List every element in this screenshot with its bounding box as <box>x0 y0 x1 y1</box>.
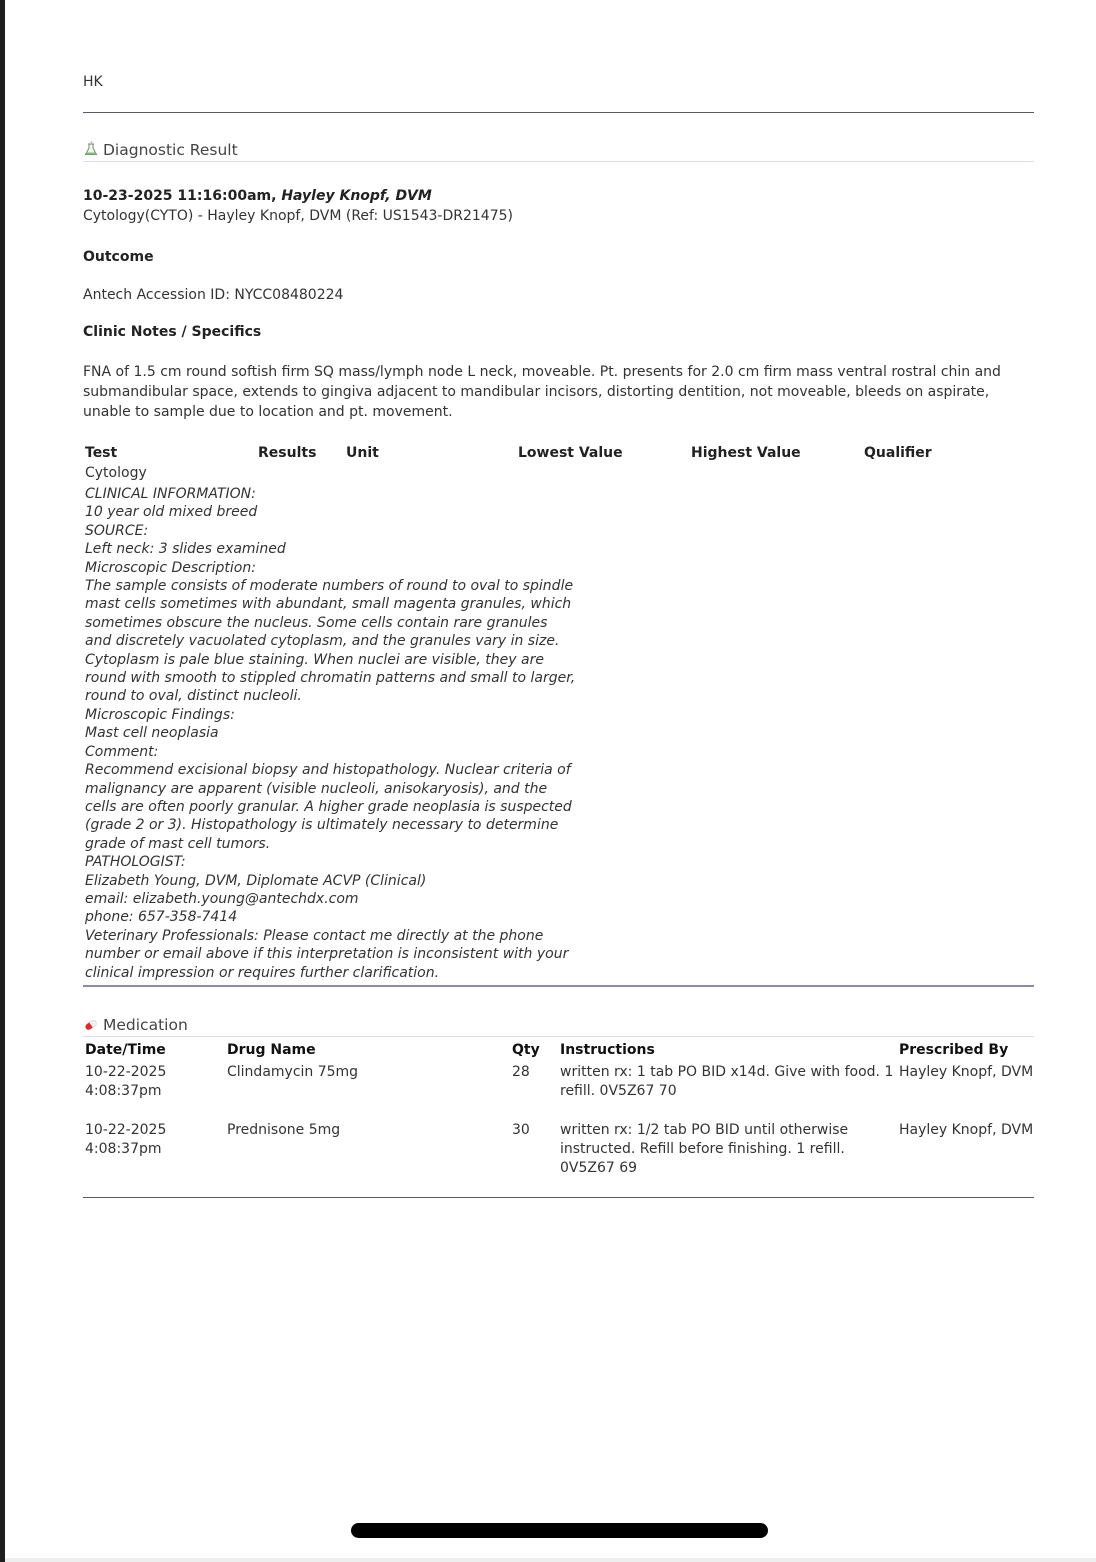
report-line: CLINICAL INFORMATION: <box>85 485 577 503</box>
screen-left-edge <box>0 0 5 1562</box>
col-drug-name: Drug Name <box>227 1042 316 1058</box>
report-line: Left neck: 3 slides examined <box>85 540 577 558</box>
clinic-notes-text: FNA of 1.5 cm round softish firm SQ mass… <box>83 362 1034 422</box>
med-datetime: 10-22-2025 4:08:37pm <box>85 1121 205 1159</box>
report-line: Veterinary Professionals: Please contact… <box>85 927 577 982</box>
diagnostic-subtitle: Cytology(CYTO) - Hayley Knopf, DVM (Ref:… <box>83 208 513 224</box>
med-instructions: written rx: 1 tab PO BID x14d. Give with… <box>560 1063 895 1101</box>
med-instructions: written rx: 1/2 tab PO BID until otherwi… <box>560 1121 895 1178</box>
col-instructions: Instructions <box>560 1042 655 1058</box>
accession-id: Antech Accession ID: NYCC08480224 <box>83 287 343 303</box>
col-lowest-value: Lowest Value <box>518 445 623 461</box>
med-qty: 28 <box>512 1063 552 1082</box>
patient-initials: HK <box>83 74 103 90</box>
diagnostic-result-section-title: Diagnostic Result <box>83 140 1034 162</box>
report-line: PATHOLOGIST: <box>85 853 577 871</box>
flask-icon <box>83 141 99 157</box>
report-line: 10 year old mixed breed <box>85 503 577 521</box>
report-line: Microscopic Findings: <box>85 706 577 724</box>
med-prescribed-by: Hayley Knopf, DVM <box>899 1063 1039 1082</box>
med-date: 10-22-2025 <box>85 1121 205 1140</box>
col-unit: Unit <box>346 445 379 461</box>
medication-divider <box>83 1197 1034 1198</box>
report-line: Elizabeth Young, DVM, Diplomate ACVP (Cl… <box>85 872 577 890</box>
report-line: Mast cell neoplasia <box>85 724 577 742</box>
medication-title-text: Medication <box>103 1016 188 1034</box>
test-name: Cytology <box>85 465 147 481</box>
report-line: Microscopic Description: <box>85 559 577 577</box>
col-results: Results <box>258 445 316 461</box>
report-line: email: elizabeth.young@antechdx.com <box>85 890 577 908</box>
col-test: Test <box>85 445 117 461</box>
diagnostic-result-title-text: Diagnostic Result <box>103 141 238 159</box>
col-qualifier: Qualifier <box>864 445 932 461</box>
home-indicator-bar[interactable] <box>351 1523 768 1538</box>
report-line: SOURCE: <box>85 522 577 540</box>
col-highest-value: Highest Value <box>691 445 801 461</box>
outcome-label: Outcome <box>83 249 154 265</box>
med-qty: 30 <box>512 1121 552 1140</box>
report-line: Recommend excisional biopsy and histopat… <box>85 761 577 853</box>
medication-section-title: Medication <box>83 1015 1034 1037</box>
col-date-time: Date/Time <box>85 1042 166 1058</box>
header-divider <box>83 112 1034 113</box>
results-divider <box>83 985 1034 987</box>
screen-bottom-edge <box>5 1558 1096 1562</box>
med-date: 10-22-2025 <box>85 1063 205 1082</box>
cytology-report: CLINICAL INFORMATION: 10 year old mixed … <box>85 485 577 982</box>
med-prescribed-by: Hayley Knopf, DVM <box>899 1121 1039 1140</box>
col-prescribed-by: Prescribed By <box>899 1042 1008 1058</box>
col-qty: Qty <box>512 1042 540 1058</box>
med-drug-name: Clindamycin 75mg <box>227 1063 497 1082</box>
med-datetime: 10-22-2025 4:08:37pm <box>85 1063 205 1101</box>
diagnostic-heading: 10-23-2025 11:16:00am, Hayley Knopf, DVM <box>83 188 432 204</box>
diagnostic-doctor: Hayley Knopf, DVM <box>281 188 432 204</box>
med-drug-name: Prednisone 5mg <box>227 1121 497 1140</box>
clinic-notes-label: Clinic Notes / Specifics <box>83 324 261 340</box>
med-time: 4:08:37pm <box>85 1082 205 1101</box>
med-time: 4:08:37pm <box>85 1140 205 1159</box>
pill-icon <box>83 1016 99 1032</box>
report-line: The sample consists of moderate numbers … <box>85 577 577 706</box>
report-line: phone: 657-358-7414 <box>85 908 577 926</box>
diagnostic-datetime: 10-23-2025 11:16:00am, <box>83 188 276 204</box>
report-line: Comment: <box>85 743 577 761</box>
